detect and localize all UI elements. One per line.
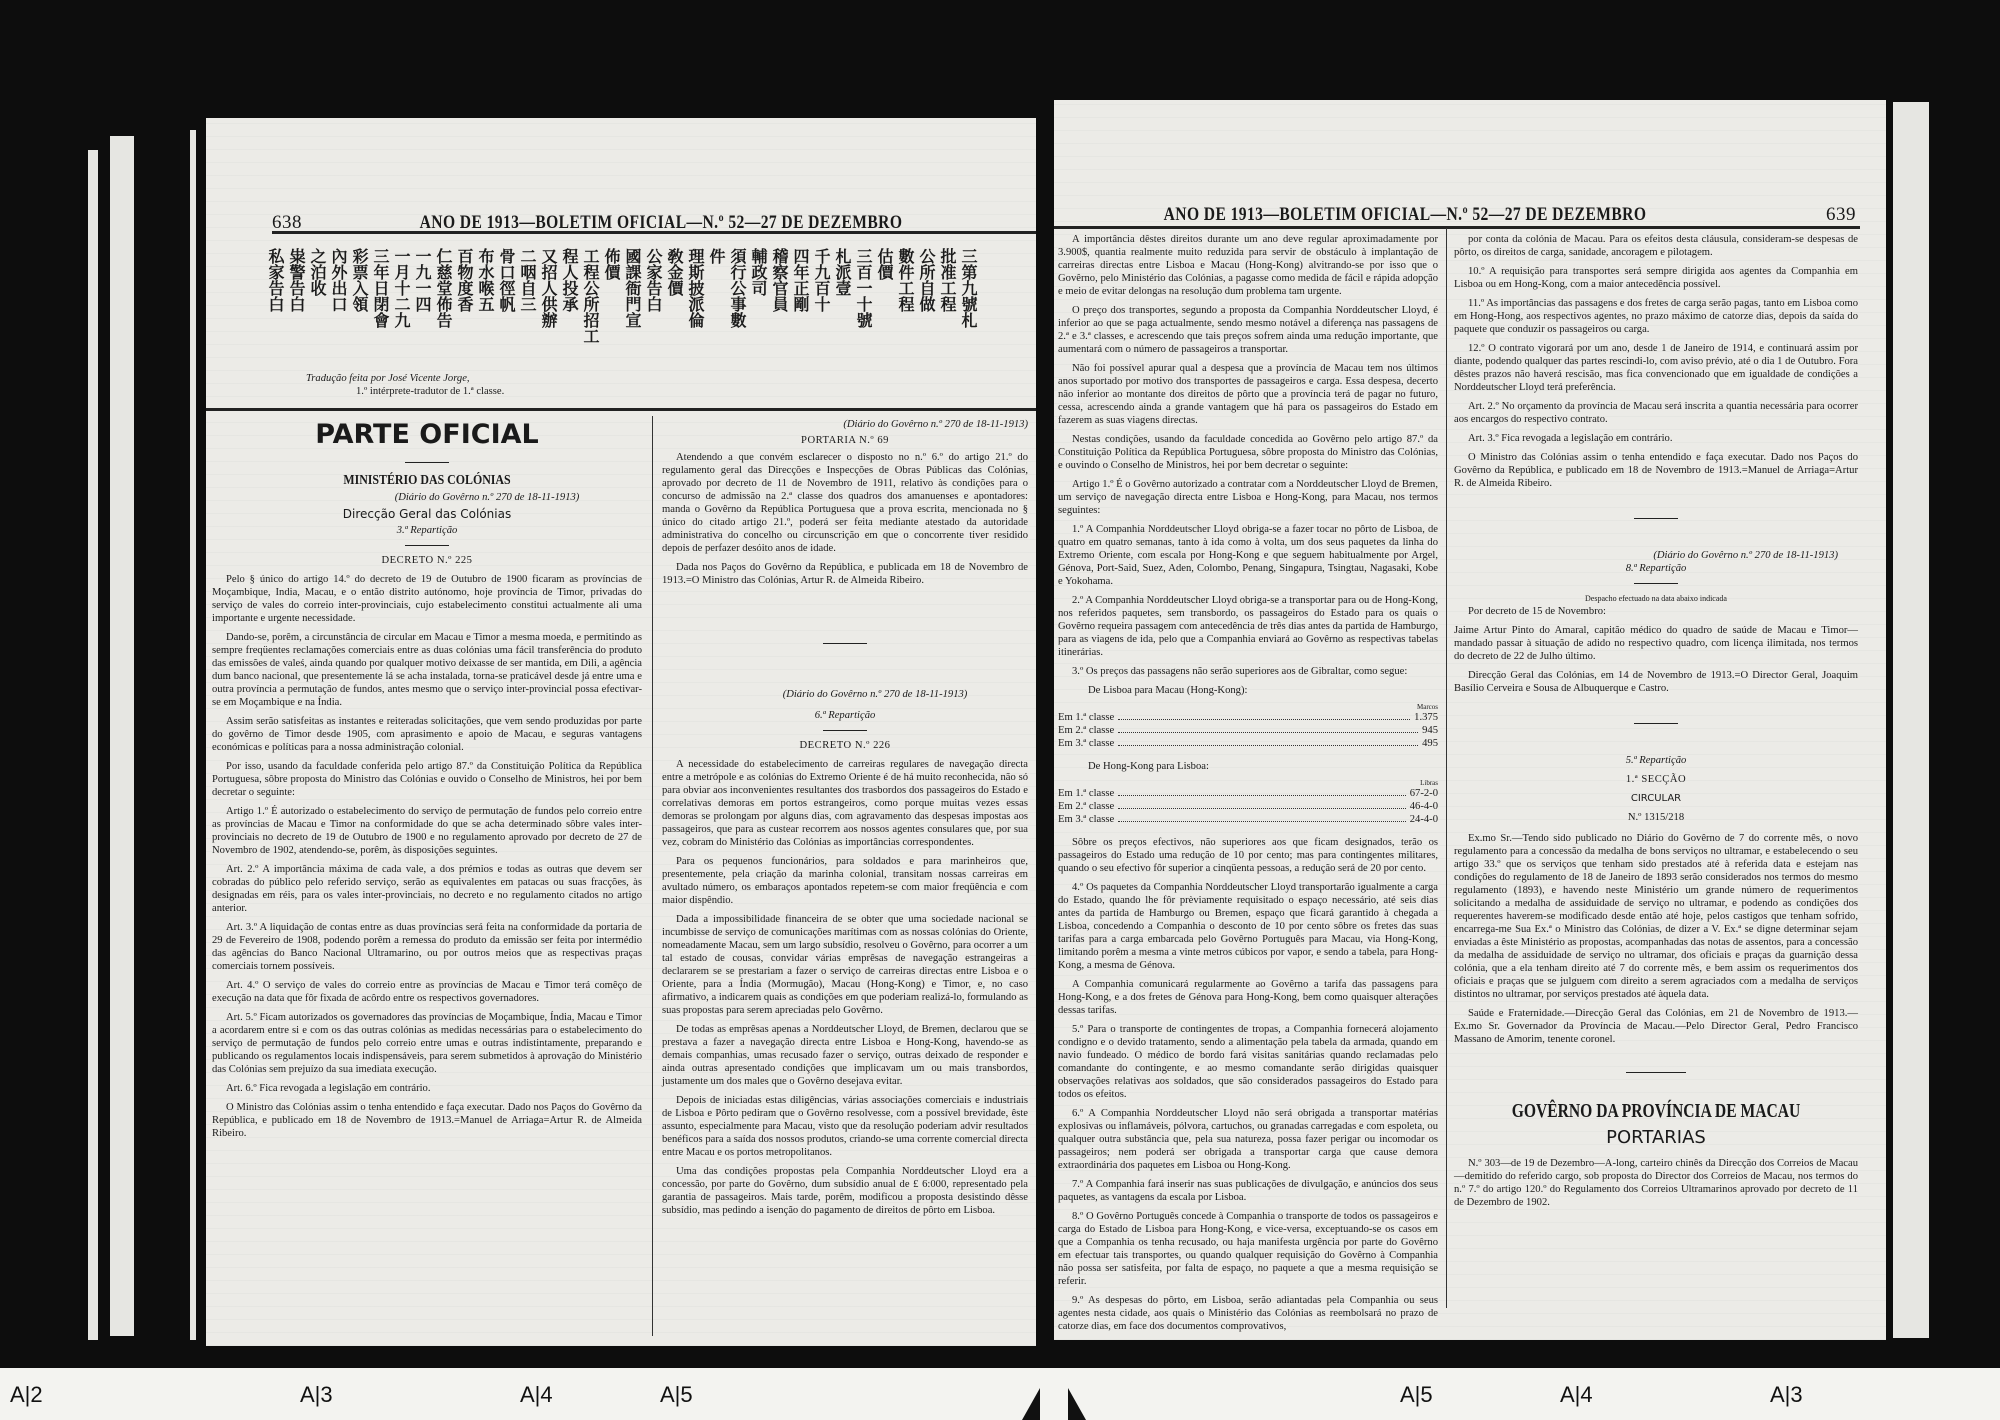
page-edge-strip bbox=[190, 130, 196, 1340]
fare-row: Em 2.ª classe945 bbox=[1058, 724, 1438, 737]
decree-paragraph: A importância dêstes direitos durante um… bbox=[1058, 233, 1438, 298]
chinese-column: 國課衙門宣 bbox=[623, 248, 641, 368]
decree-paragraph: por conta da colónia de Macau. Para os e… bbox=[1454, 233, 1858, 259]
fare-unit: Libras bbox=[1058, 779, 1438, 787]
chinese-column: 又招人供辦 bbox=[539, 248, 557, 368]
left-column-2: (Diário do Govêrno n.º 270 de 18-11-1913… bbox=[662, 418, 1028, 1223]
decree-paragraph: Art. 5.º Ficam autorizados os governador… bbox=[212, 1011, 642, 1076]
fare-row: Em 1.ª classe1.375 bbox=[1058, 711, 1438, 724]
decree-paragraph: Artigo 1.º É autorizado o estabeleciment… bbox=[212, 805, 642, 857]
chinese-column: 一月十二九 bbox=[392, 248, 410, 368]
fare-table-heading: De Lisboa para Macau (Hong-Kong): bbox=[1058, 684, 1438, 697]
film-frame-marker: A|2 bbox=[10, 1382, 43, 1408]
circular-signature: Saúde e Fraternidade.—Direcção Geral das… bbox=[1454, 1007, 1858, 1046]
decree-title: DECRETO N.º 225 bbox=[212, 554, 642, 567]
decree-paragraph: 2.º A Companhia Norddeutscher Lloyd obri… bbox=[1058, 594, 1438, 659]
fare-table-heading: De Hong-Kong para Lisboa: bbox=[1058, 760, 1438, 773]
decree-paragraph: Dada a impossibilidade financeira de se … bbox=[662, 913, 1028, 1017]
portaria-paragraph: Atendendo a que convém esclarecer o disp… bbox=[662, 451, 1028, 555]
chinese-column: 三第九號札 bbox=[959, 248, 977, 368]
decree-paragraph: Artigo 1.º É o Govêrno autorizado a cont… bbox=[1058, 478, 1438, 517]
decree-paragraph: Pelo § único do artigo 14.º do decreto d… bbox=[212, 573, 642, 625]
decree-paragraph: 10.º A requisição para transportes será … bbox=[1454, 265, 1858, 291]
chinese-column: 程人投承 bbox=[560, 248, 578, 368]
chinese-column: 三百一十號 bbox=[854, 248, 872, 368]
decree-paragraph: Art. 6.º Fica revogada a legislação em c… bbox=[212, 1082, 642, 1095]
chinese-column: 粜警告白 bbox=[287, 248, 305, 368]
film-center-arrow-left bbox=[1022, 1388, 1040, 1420]
translator-title: 1.º intérprete-tradutor de 1.ª classe. bbox=[306, 385, 706, 398]
film-center-arrow-right bbox=[1068, 1388, 1086, 1420]
decree-paragraph: Assim serão satisfeitas as instantes e r… bbox=[212, 715, 642, 754]
chinese-column: 須行公事數 bbox=[728, 248, 746, 368]
circular-body: Ex.mo Sr.—Tendo sido publicado no Diário… bbox=[1454, 832, 1858, 1001]
chinese-column: 一九一四 bbox=[413, 248, 431, 368]
chinese-column: 輔政司 bbox=[749, 248, 767, 368]
decree-paragraph: Para os pequenos funcionários, para sold… bbox=[662, 855, 1028, 907]
chinese-column: 稽察官員 bbox=[770, 248, 788, 368]
translator-credit: Tradução feita por José Vicente Jorge, 1… bbox=[306, 372, 706, 398]
decree-paragraph: Sôbre os preços efectivos, não superiore… bbox=[1058, 836, 1438, 875]
despacho-body: Jaime Artur Pinto do Amaral, capitão méd… bbox=[1454, 624, 1858, 663]
despacho-repartition: 8.ª Repartição bbox=[1454, 562, 1858, 575]
chinese-column: 骨口徑帆 bbox=[497, 248, 515, 368]
portaria-title: PORTARIA N.º 69 bbox=[662, 434, 1028, 447]
chinese-column: 彩票入領 bbox=[350, 248, 368, 368]
decree-paragraph: 9.º As despesas do pôrto, em Lisboa, ser… bbox=[1058, 1294, 1438, 1333]
decree-paragraph: 8.º O Govêrno Português concede à Compan… bbox=[1058, 1210, 1438, 1288]
decree-paragraph: O Ministro das Colónias assim o tenha en… bbox=[212, 1101, 642, 1140]
decree-paragraph: A necessidade do estabelecimento de carr… bbox=[662, 758, 1028, 849]
decree-paragraph: O Ministro das Colónias assim o tenha en… bbox=[1454, 451, 1858, 490]
chinese-column: 佈價 bbox=[602, 248, 620, 368]
film-frame-marker: A|4 bbox=[520, 1382, 553, 1408]
circular-section: 1.ª SECÇÃO bbox=[1454, 773, 1858, 786]
decree-paragraph: Art. 2.º No orçamento da província de Ma… bbox=[1454, 400, 1858, 426]
decree-paragraph: De todas as emprêsas apenas a Norddeutsc… bbox=[662, 1023, 1028, 1088]
chinese-column: 百物度香 bbox=[455, 248, 473, 368]
chinese-column: 敎金價 bbox=[665, 248, 683, 368]
decree-paragraph: Nestas condições, usando da faculdade co… bbox=[1058, 433, 1438, 472]
chinese-column: 工程公所招工 bbox=[581, 248, 599, 368]
right-column-1: A importância dêstes direitos durante um… bbox=[1058, 233, 1438, 1339]
decree-226-source-ref: (Diário do Govêrno n.º 270 de 18-11-1913… bbox=[662, 688, 1028, 701]
decree-226-title: DECRETO N.º 226 bbox=[662, 739, 1028, 752]
left-page: 638 ANO DE 1913—BOLETIM OFICIAL—N.º 52—2… bbox=[206, 118, 1036, 1346]
film-frame-marker: A|5 bbox=[660, 1382, 693, 1408]
portaria-source-ref: (Diário do Govêrno n.º 270 de 18-11-1913… bbox=[662, 418, 1028, 431]
decree-paragraph: O preço dos transportes, segundo a propo… bbox=[1058, 304, 1438, 356]
chinese-column: 件 bbox=[707, 248, 725, 368]
repartition: 3.ª Repartição bbox=[212, 524, 642, 537]
decree-paragraph: Por isso, usando da faculdade conferida … bbox=[212, 760, 642, 799]
portaria-paragraph: Dada nos Paços do Govêrno da República, … bbox=[662, 561, 1028, 587]
right-page: ANO DE 1913—BOLETIM OFICIAL—N.º 52—27 DE… bbox=[1054, 100, 1886, 1340]
header-rule bbox=[272, 231, 1036, 234]
film-frame-marker: A|5 bbox=[1400, 1382, 1433, 1408]
column-divider bbox=[652, 416, 653, 1336]
fare-row: Em 3.ª classe24-4-0 bbox=[1058, 813, 1438, 826]
fare-row: Em 3.ª classe495 bbox=[1058, 737, 1438, 750]
despacho-note: Despacho efectuado na data abaixo indica… bbox=[1454, 592, 1858, 605]
decree-paragraph: Art. 2.º A importância máxima de cada va… bbox=[212, 863, 642, 915]
chinese-column: 札派壹 bbox=[833, 248, 851, 368]
despacho-intro: Por decreto de 15 de Novembro: bbox=[1454, 605, 1858, 618]
column-divider bbox=[1446, 228, 1447, 1308]
chinese-column: 公所自做 bbox=[917, 248, 935, 368]
chinese-column: 估價 bbox=[875, 248, 893, 368]
chinese-column: 四年正剛 bbox=[791, 248, 809, 368]
chinese-notice: 私家告白粜警告白之泊收內外出口彩票入領三年日閉會一月十二九一九一四仁慈堂佈告百物… bbox=[266, 248, 1036, 368]
chinese-column: 布水喉五 bbox=[476, 248, 494, 368]
decree-paragraph: Depois de iniciadas estas diligências, v… bbox=[662, 1094, 1028, 1159]
chinese-column: 千九百十 bbox=[812, 248, 830, 368]
chinese-column: 仁慈堂佈告 bbox=[434, 248, 452, 368]
decree-paragraph: 1.º A Companhia Norddeutscher Lloyd obri… bbox=[1058, 523, 1438, 588]
portaria-303: N.º 303—de 19 de Dezembro—A-long, cartei… bbox=[1454, 1157, 1858, 1209]
film-frame-marker: A|3 bbox=[1770, 1382, 1803, 1408]
fare-row: Em 1.ª classe67-2-0 bbox=[1058, 787, 1438, 800]
decree-226-repartition: 6.ª Repartição bbox=[662, 709, 1028, 722]
chinese-column: 數件工程 bbox=[896, 248, 914, 368]
decree-paragraph: Dando-se, porêm, a circunstância de circ… bbox=[212, 631, 642, 709]
chinese-column: 內外出口 bbox=[329, 248, 347, 368]
circular-repartition: 5.ª Repartição bbox=[1454, 754, 1858, 767]
decree-225-body: Pelo § único do artigo 14.º do decreto d… bbox=[212, 573, 642, 1140]
left-column-1: PARTE OFICIAL MINISTÉRIO DAS COLÓNIAS (D… bbox=[212, 416, 642, 1146]
despacho-signature: Direcção Geral das Colónias, em 14 de No… bbox=[1454, 669, 1858, 695]
page-edge-strip bbox=[110, 136, 134, 1336]
decree-paragraph: 11.º As importâncias das passagens e dos… bbox=[1454, 297, 1858, 336]
decree-paragraph: 6.º A Companhia Norddeutscher Lloyd não … bbox=[1058, 1107, 1438, 1172]
film-frame-marker: A|3 bbox=[300, 1382, 333, 1408]
chinese-column: 公家告白 bbox=[644, 248, 662, 368]
header-rule bbox=[1054, 226, 1860, 229]
running-head-title: ANO DE 1913—BOLETIM OFICIAL—N.º 52—27 DE… bbox=[1117, 204, 1693, 226]
section-rule bbox=[206, 408, 1036, 411]
parte-oficial-heading: PARTE OFICIAL bbox=[212, 416, 642, 454]
decree-paragraph: 4.º Os paquetes da Companhia Norddeutsch… bbox=[1058, 881, 1438, 972]
chinese-column: 理斯披派倫 bbox=[686, 248, 704, 368]
chinese-column: 批准工程 bbox=[938, 248, 956, 368]
fare-tables: De Lisboa para Macau (Hong-Kong):MarcosE… bbox=[1058, 684, 1438, 836]
chinese-column: 之泊收 bbox=[308, 248, 326, 368]
decree-226-body: A necessidade do estabelecimento de carr… bbox=[662, 758, 1028, 1217]
directorate: Direcção Geral das Colónias bbox=[212, 504, 642, 524]
decree-paragraph: Art. 3.º A liquidação de contas entre as… bbox=[212, 921, 642, 973]
page-number: 639 bbox=[1826, 204, 1856, 226]
macau-heading: GOVÊRNO DA PROVÍNCIA DE MACAU bbox=[1498, 1097, 1813, 1125]
page-edge-strip bbox=[1893, 102, 1929, 1338]
decree-paragraph: 12.º O contrato vigorará por um ano, des… bbox=[1454, 342, 1858, 394]
chinese-column: 三年日閉會 bbox=[371, 248, 389, 368]
decree-paragraph: Não foi possível apurar qual a despesa q… bbox=[1058, 362, 1438, 427]
decree-paragraph: A Companhia comunicará regularmente ao G… bbox=[1058, 978, 1438, 1017]
decree-paragraph: Uma das condições propostas pela Companh… bbox=[662, 1165, 1028, 1217]
despacho-source-ref: (Diário do Govêrno n.º 270 de 18-11-1913… bbox=[1454, 549, 1858, 562]
source-ref: (Diário do Govêrno n.º 270 de 18-11-1913… bbox=[212, 491, 642, 504]
portaria-69-body: Atendendo a que convém esclarecer o disp… bbox=[662, 451, 1028, 587]
film-frame-marker: A|4 bbox=[1560, 1382, 1593, 1408]
decree-paragraph: 5.º Para o transporte de contingentes de… bbox=[1058, 1023, 1438, 1101]
chinese-column: 二咽自三 bbox=[518, 248, 536, 368]
decree-paragraph: 7.º A Companhia fará inserir nas suas pu… bbox=[1058, 1178, 1438, 1204]
right-column-2: por conta da colónia de Macau. Para os e… bbox=[1454, 233, 1858, 1215]
ministry-heading: MINISTÉRIO DAS COLÓNIAS bbox=[244, 471, 610, 491]
fare-unit: Marcos bbox=[1058, 703, 1438, 711]
decree-paragraph: Art. 4.º O serviço de vales do correio e… bbox=[212, 979, 642, 1005]
decree-paragraph: Art. 3.º Fica revogada a legislação em c… bbox=[1454, 432, 1858, 445]
circular-number: N.º 1315/218 bbox=[1454, 811, 1858, 824]
decree-paragraph: 3.º Os preços das passagens não serão su… bbox=[1058, 665, 1438, 678]
fare-row: Em 2.ª classe46-4-0 bbox=[1058, 800, 1438, 813]
circular-label: CIRCULAR bbox=[1454, 792, 1858, 805]
translator-line: Tradução feita por José Vicente Jorge, bbox=[306, 372, 706, 385]
chinese-column: 私家告白 bbox=[266, 248, 284, 368]
page-edge-strip bbox=[88, 150, 98, 1340]
portarias-heading: PORTARIAS bbox=[1454, 1125, 1858, 1151]
